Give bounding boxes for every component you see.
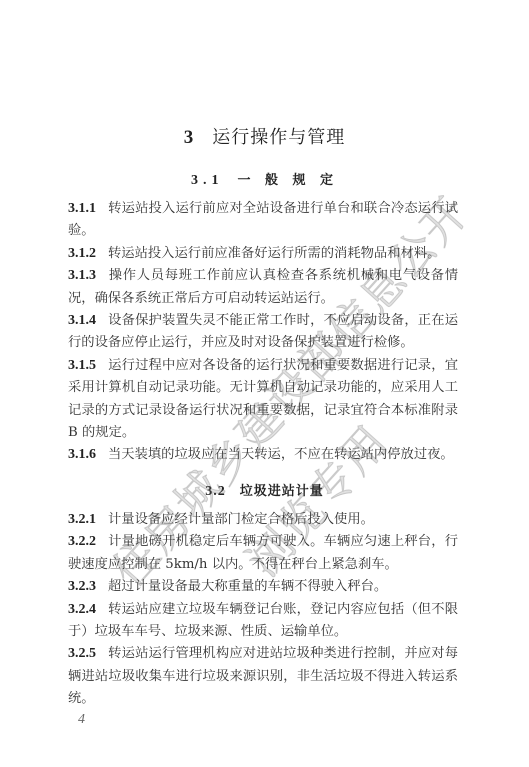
clause-text: 计量设备应经计量部门检定合格后投入使用。 (108, 512, 374, 527)
clause-3-2-4: 3.2.4转运站应建立垃圾车辆登记台账，登记内容应包括（但不限于）垃圾车车号、垃… (68, 599, 458, 644)
document-page: 3运行操作与管理 3.1一 般 规 定 3.1.1转运站投入运行前应对全站设备进… (0, 0, 529, 767)
section-title-text: 一 般 规 定 (237, 173, 338, 188)
clause-3-1-4: 3.1.4设备保护装置失灵不能正常工作时，不应启动设备，正在运行的设备应停止运行… (68, 310, 458, 355)
section-3-1-body: 3.1.1转运站投入运行前应对全站设备进行单台和联合冷态运行试验。 3.1.2转… (68, 198, 458, 467)
clause-number: 3.2.1 (68, 512, 96, 527)
clause-3-2-5: 3.2.5转运站运行管理机构应对进站垃圾种类进行控制，并应对每辆进站垃圾收集车进… (68, 643, 458, 710)
clause-text: 设备保护装置失灵不能正常工作时，不应启动设备，正在运行的设备应停止运行，并应及时… (68, 313, 458, 350)
clause-number: 3.1.5 (68, 358, 96, 373)
clause-3-1-5: 3.1.5运行过程中应对各设备的运行状况和重要数据进行记录，宜采用计算机自动记录… (68, 355, 458, 445)
clause-number: 3.2.3 (68, 579, 96, 594)
section-title-3-1: 3.1一 般 规 定 (0, 169, 529, 189)
clause-text: 超过计量设备最大称重量的车辆不得驶入秤台。 (108, 579, 387, 594)
clause-3-1-1: 3.1.1转运站投入运行前应对全站设备进行单台和联合冷态运行试验。 (68, 198, 458, 243)
chapter-title-text: 运行操作与管理 (212, 127, 345, 148)
clause-number: 3.1.1 (68, 201, 96, 216)
clause-3-2-3: 3.2.3超过计量设备最大称重量的车辆不得驶入秤台。 (68, 576, 458, 598)
clause-3-2-1: 3.2.1计量设备应经计量部门检定合格后投入使用。 (68, 509, 458, 531)
clause-3-1-2: 3.1.2转运站投入运行前应准备好运行所需的消耗物品和材料。 (68, 243, 458, 265)
clause-text: 转运站投入运行前应准备好运行所需的消耗物品和材料。 (108, 246, 440, 261)
clause-text: 操作人员每班工作前应认真检查各系统机械和电气设备情况，确保各系统正常后方可启动转… (68, 268, 458, 305)
clause-text: 转运站投入运行前应对全站设备进行单台和联合冷态运行试验。 (68, 201, 458, 238)
section-3-2-body: 3.2.1计量设备应经计量部门检定合格后投入使用。 3.2.2计量地磅开机稳定后… (68, 509, 458, 711)
clause-number: 3.2.5 (68, 646, 96, 661)
clause-3-1-3: 3.1.3操作人员每班工作前应认真检查各系统机械和电气设备情况，确保各系统正常后… (68, 265, 458, 310)
chapter-title: 3运行操作与管理 (0, 123, 529, 149)
clause-text: 转运站运行管理机构应对进站垃圾种类进行控制，并应对每辆进站垃圾收集车进行垃圾来源… (68, 646, 458, 706)
clause-text: 计量地磅开机稳定后车辆方可驶入。车辆应匀速上秤台，行驶速度应控制在 5km/h … (68, 534, 458, 571)
section-number: 3.1 (191, 173, 224, 188)
clause-number: 3.1.2 (68, 246, 96, 261)
section-number: 3.2 (205, 484, 226, 499)
clause-text: 当天装填的垃圾应在当天转运，不应在转运站内停放过夜。 (108, 447, 454, 462)
page-number: 4 (78, 712, 85, 728)
chapter-number: 3 (184, 127, 195, 148)
clause-text: 运行过程中应对各设备的运行状况和重要数据进行记录，宜采用计算机自动记录功能。无计… (68, 358, 458, 440)
section-title-3-2: 3.2垃圾进站计量 (0, 480, 529, 500)
clause-number: 3.1.3 (68, 268, 96, 283)
section-title-text: 垃圾进站计量 (240, 484, 324, 499)
clause-number: 3.1.4 (68, 313, 96, 328)
clause-number: 3.2.4 (68, 602, 96, 617)
clause-number: 3.2.2 (68, 534, 96, 549)
clause-text: 转运站应建立垃圾车辆登记台账，登记内容应包括（但不限于）垃圾车车号、垃圾来源、性… (68, 602, 458, 639)
clause-number: 3.1.6 (68, 447, 96, 462)
clause-3-1-6: 3.1.6当天装填的垃圾应在当天转运，不应在转运站内停放过夜。 (68, 444, 458, 466)
clause-3-2-2: 3.2.2计量地磅开机稳定后车辆方可驶入。车辆应匀速上秤台，行驶速度应控制在 5… (68, 531, 458, 576)
